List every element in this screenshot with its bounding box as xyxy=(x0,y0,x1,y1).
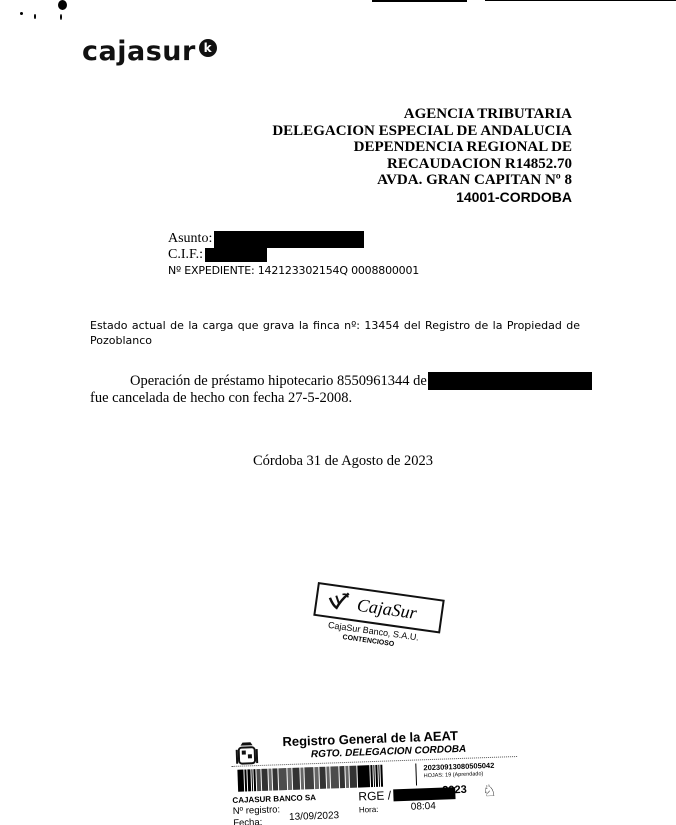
logo-text: cajasur xyxy=(82,36,196,67)
registry-hora-label: Hora: xyxy=(359,805,379,815)
scan-artifact-line xyxy=(372,0,467,2)
operation-line-1: Operación de préstamo hipotecario 855096… xyxy=(130,373,427,390)
redaction-bar xyxy=(214,231,364,248)
spain-coat-of-arms-icon xyxy=(234,741,259,766)
cif-label: C.I.F.: xyxy=(168,247,203,263)
bank-stamp: CajaSur CajaSur Banco, S.A.U. CONTENCIOS… xyxy=(310,582,444,654)
registry-hora-value: 08:04 xyxy=(411,801,436,813)
estado-paragraph: Estado actual de la carga que grava la f… xyxy=(90,318,580,348)
scan-speck xyxy=(60,14,62,20)
logo-k-icon: k xyxy=(199,39,217,57)
address-line: AGENCIA TRIBUTARIA xyxy=(272,106,572,123)
registry-fecha-label: Fecha: xyxy=(233,817,262,825)
registry-mark-icon: ♘ xyxy=(482,781,497,801)
registry-fecha-value: 13/09/2023 xyxy=(289,810,339,823)
registry-year: 2023 xyxy=(442,784,467,797)
registry-hojas: HOJAS: 19 (Aprendado) xyxy=(424,771,484,779)
document-date: Córdoba 31 de Agosto de 2023 xyxy=(253,453,433,470)
redaction-bar xyxy=(205,248,267,262)
address-line: DEPENDENCIA REGIONAL DE xyxy=(272,139,572,156)
reference-block: Asunto: C.I.F.: Nº EXPEDIENTE: 142123302… xyxy=(168,231,419,279)
registry-rge: RGE / xyxy=(358,786,455,803)
operation-paragraph: Operación de préstamo hipotecario 855096… xyxy=(90,372,592,407)
registry-number-label: Nº registro: xyxy=(233,804,281,817)
redaction-bar xyxy=(428,372,592,390)
address-postal: 14001-CORDOBA xyxy=(272,189,572,206)
address-line: DELEGACION ESPECIAL DE ANDALUCIA xyxy=(272,123,572,140)
address-line: RECAUDACION R14852.70 xyxy=(272,156,572,173)
bank-stamp-name: CajaSur xyxy=(356,594,418,623)
asunto-label: Asunto: xyxy=(168,231,212,247)
expediente-number: Nº EXPEDIENTE: 142123302154Q 0008800001 xyxy=(168,263,419,279)
cajasur-swirl-icon xyxy=(326,588,351,616)
scan-artifact-line xyxy=(485,0,676,1)
registry-code: 20230913080505042 xyxy=(423,761,494,772)
address-line: AVDA. GRAN CAPITAN Nº 8 xyxy=(272,172,572,189)
registry-company: CAJASUR BANCO SA xyxy=(232,793,316,805)
rge-label: RGE / xyxy=(358,788,391,803)
registry-stamp: Registro General de la AEAT RGTO. DELEGA… xyxy=(230,720,519,825)
scan-speck xyxy=(34,14,36,19)
operation-line-2: fue cancelada de hecho con fecha 27-5-20… xyxy=(90,390,592,407)
cajasur-logo: cajasur k xyxy=(82,36,217,67)
scan-speck xyxy=(58,0,67,10)
recipient-address: AGENCIA TRIBUTARIA DELEGACION ESPECIAL D… xyxy=(272,106,572,206)
scan-speck xyxy=(20,12,23,15)
